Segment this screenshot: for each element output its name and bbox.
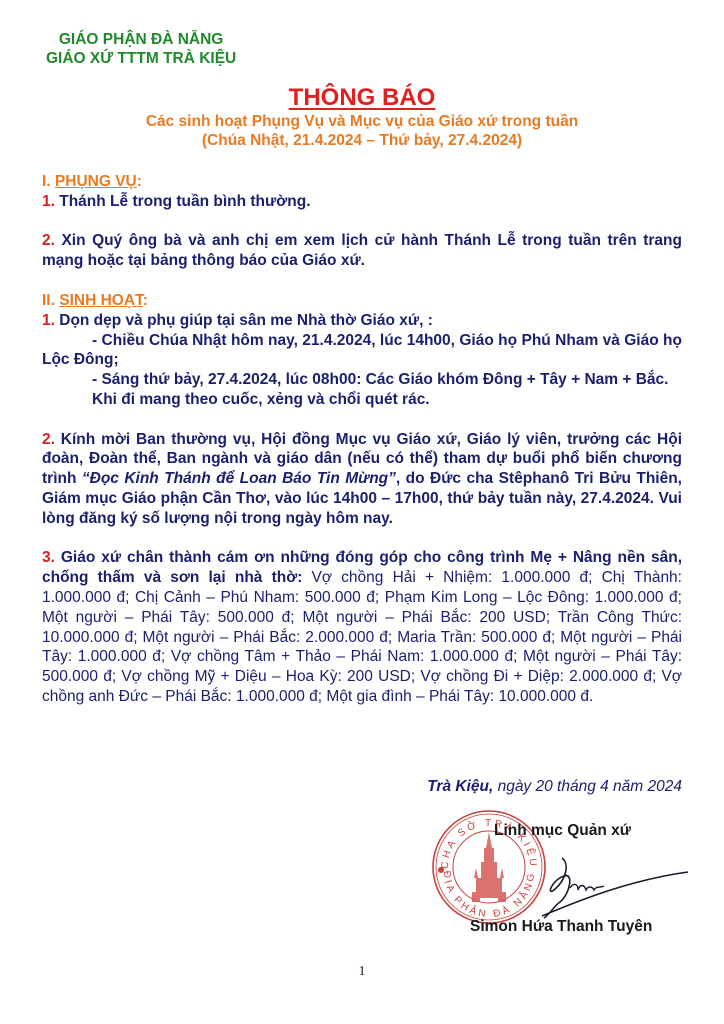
section-heading: I. PHỤNG VỤ: [42, 172, 682, 192]
place-and-date: Trà Kiệu, ngày 20 tháng 4 năm 2024 [427, 778, 682, 796]
place-name: Trà Kiệu, [427, 778, 493, 795]
church-tower-icon [472, 832, 506, 902]
item-number: 3. [42, 549, 55, 566]
section-title: SINH HOẠT [59, 292, 143, 309]
section-title: PHỤNG VỤ [55, 173, 137, 190]
diocese-name: GIÁO PHẬN ĐÀ NẴNG [46, 30, 236, 49]
donation-list: Vợ chồng Hải + Nhiệm: 1.000.000 đ; Chị T… [42, 569, 682, 705]
document-page: GIÁO PHẬN ĐÀ NẴNG GIÁO XỨ TTTM TRÀ KIỆU … [0, 0, 724, 1024]
activity-item-1: 1. Dọn dẹp và phụ giúp tại sân me Nhà th… [42, 311, 682, 410]
section-liturgy: I. PHỤNG VỤ: 1. Thánh Lễ trong tuần bình… [42, 172, 682, 271]
date-text: ngày 20 tháng 4 năm 2024 [493, 778, 682, 795]
section-heading: II. SINH HOẠT: [42, 291, 682, 311]
item-text: Xin Quý ông bà và anh chị em xem lịch cử… [42, 232, 682, 269]
subtitle-line-1: Các sinh hoạt Phụng Vụ và Mục vụ của Giá… [0, 112, 724, 131]
parish-name: GIÁO XỨ TTTM TRÀ KIỆU [46, 49, 236, 68]
section-colon: : [137, 173, 142, 190]
program-title: “Đọc Kinh Thánh để Loan Báo Tin Mừng” [82, 470, 396, 487]
schedule-bullet-2: - Sáng thứ bảy, 27.4.2024, lúc 08h00: Cá… [42, 370, 682, 390]
signer-role: Linh mục Quản xứ [494, 822, 631, 840]
title-block: THÔNG BÁO Các sinh hoạt Phụng Vụ và Mục … [0, 84, 724, 150]
section-activities: II. SINH HOẠT: 1. Dọn dẹp và phụ giúp tạ… [42, 291, 682, 707]
document-title: THÔNG BÁO [0, 84, 724, 112]
handwritten-signature [540, 850, 690, 920]
item-number: 1. [42, 312, 55, 329]
liturgy-item-1: 1. Thánh Lễ trong tuần bình thường. [42, 192, 682, 212]
item-number: 2. [42, 232, 55, 249]
page-number: 1 [0, 964, 724, 980]
tools-note: Khi đi mang theo cuốc, xẻng và chổi quét… [42, 390, 682, 410]
liturgy-item-2: 2. Xin Quý ông bà và anh chị em xem lịch… [42, 231, 682, 271]
activity-item-2: 2. Kính mời Ban thường vụ, Hội đồng Mục … [42, 430, 682, 529]
item-text: Thánh Lễ trong tuần bình thường. [55, 193, 311, 210]
subtitle-line-2: (Chúa Nhật, 21.4.2024 – Thứ bảy, 27.4.20… [0, 131, 724, 150]
signer-name: Simon Hứa Thanh Tuyên [470, 918, 652, 936]
section-colon: : [143, 292, 148, 309]
item-text: Dọn dẹp và phụ giúp tại sân me Nhà thờ G… [55, 312, 433, 329]
section-numeral: II. [42, 292, 59, 309]
item-number: 2. [42, 431, 55, 448]
activity-item-3: 3. Giáo xứ chân thành cám ơn những đóng … [42, 548, 682, 706]
schedule-bullet-1: - Chiều Chúa Nhật hôm nay, 21.4.2024, lú… [42, 331, 682, 371]
item-number: 1. [42, 193, 55, 210]
organization-header: GIÁO PHẬN ĐÀ NẴNG GIÁO XỨ TTTM TRÀ KIỆU [46, 30, 236, 68]
section-numeral: I. [42, 173, 55, 190]
